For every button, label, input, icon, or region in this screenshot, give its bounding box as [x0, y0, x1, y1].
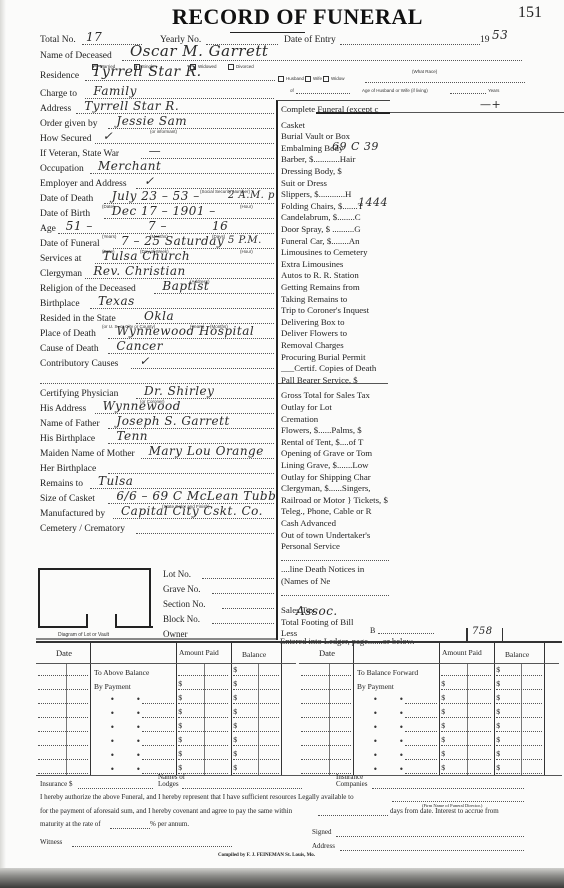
ditto-mark: •	[399, 737, 404, 746]
witness-line	[72, 846, 232, 847]
ditto-mark: •	[136, 765, 141, 774]
field-label: Order given by	[40, 118, 98, 130]
percent-text: % per annum.	[150, 820, 189, 828]
dollar-sign: $	[178, 708, 182, 716]
ledger-balance-line[interactable]	[496, 717, 542, 718]
ledger-balance-line[interactable]	[233, 759, 279, 760]
payment-ledger: DateAmount PaidBalanceTo Above Balance$B…	[36, 641, 562, 776]
field-value[interactable]: Tyrrell Star R.	[84, 99, 179, 113]
field-value[interactable]: Dr. Shirley	[144, 384, 214, 398]
field-value[interactable]: Merchant	[98, 159, 161, 173]
charge-item: Taking Remains to	[281, 294, 347, 305]
field-label: Charge to	[40, 88, 77, 100]
dollar-sign: $	[496, 680, 500, 688]
race-line	[365, 82, 525, 83]
lot-field-line	[212, 593, 274, 594]
field-label: Services at	[40, 253, 81, 265]
charge-item: Opening of Grave or Tom	[281, 448, 372, 459]
ditto-mark: •	[110, 709, 115, 718]
field-value[interactable]: Tulsa	[98, 474, 133, 488]
charges-panel: Complete Funeral (except cCasketBurial V…	[276, 100, 390, 640]
lot-field-label: Lot No.	[163, 568, 191, 580]
total-no-value: 17	[86, 30, 102, 44]
ledger-bottom-rule	[36, 775, 562, 776]
charge-item: ....line Death Notices in	[281, 564, 364, 575]
ledger-desc-line[interactable]	[142, 731, 174, 732]
lot-diagram-box	[38, 568, 151, 628]
ledger-date-line[interactable]	[301, 759, 351, 760]
ditto-mark: •	[399, 709, 404, 718]
ledger-date-line[interactable]	[38, 689, 88, 690]
insurance-line	[78, 788, 153, 789]
field-label: His Birthplace	[40, 433, 95, 445]
ledger-amount-line[interactable]	[441, 745, 491, 746]
insurance-companies-label: Insurance Companies	[336, 774, 386, 788]
dollar-sign: $	[233, 736, 237, 744]
dollar-sign: $	[496, 666, 500, 674]
dollar-sign: $	[178, 694, 182, 702]
ledger-balance-line[interactable]	[233, 745, 279, 746]
ledger-amount-line[interactable]	[441, 773, 491, 774]
lot-field-line	[222, 608, 274, 609]
ditto-mark: •	[373, 737, 378, 746]
dollar-sign: $	[233, 722, 237, 730]
name-label: Name of Deceased	[40, 50, 112, 62]
document-title: RECORD OF FUNERAL	[172, 4, 423, 30]
dollar-sign: $	[178, 736, 182, 744]
ledger-date-line[interactable]	[38, 759, 88, 760]
field-label: How Secured	[40, 133, 91, 145]
field-value[interactable]: 7 – 25 Saturday	[121, 234, 224, 248]
charge-item: Slippers, $............H	[281, 189, 351, 200]
dollar-sign: $	[441, 764, 445, 772]
charge-item: Gross Total for Sales Tax	[281, 390, 370, 401]
lodges-line	[182, 788, 302, 789]
field-value[interactable]: Baptist	[162, 279, 209, 293]
charge-item	[281, 553, 389, 561]
lodges-label: Names of Lodges	[158, 774, 198, 788]
charge-item: Railroad or Motor } Tickets, $	[281, 495, 388, 506]
dollar-sign: $	[178, 750, 182, 758]
field-label: Remains to	[40, 478, 83, 490]
ditto-mark: •	[136, 709, 141, 718]
firm-line	[392, 801, 524, 802]
charge-item: Out of town Undertaker's	[281, 530, 370, 541]
charge-item: Delivering Box to	[281, 317, 345, 328]
ledger-date-line[interactable]	[301, 703, 351, 704]
charge-item: Personal Service	[281, 541, 340, 552]
ledger-date-line[interactable]	[38, 773, 88, 774]
field-label: Size of Casket	[40, 493, 95, 505]
charge-item: Door Spray, $ ..........G	[281, 224, 361, 235]
lot-field-line	[212, 623, 274, 624]
ditto-mark: •	[373, 765, 378, 774]
maturity-text: maturity at the rate of	[40, 820, 101, 828]
dollar-sign: $	[441, 680, 445, 688]
ledger-amount-line[interactable]	[441, 731, 491, 732]
field-value[interactable]: Joseph S. Garrett	[116, 414, 229, 428]
ledger-amount-line[interactable]	[441, 689, 491, 690]
field-line	[131, 368, 274, 369]
year-value: 53	[492, 28, 508, 42]
charge-item: Outlay for Shipping Char	[281, 472, 371, 483]
field-value[interactable]: Cancer	[116, 339, 163, 353]
charge-item: Deliver Flowers to	[281, 328, 347, 339]
ledger-amount-line[interactable]	[441, 703, 491, 704]
ditto-mark: •	[373, 709, 378, 718]
ledger-balance-header: Balance	[242, 649, 266, 661]
ledger-amount-header: Amount Paid	[442, 647, 482, 659]
spouse-of-label: of	[290, 88, 294, 93]
lot-bottom-rule	[36, 638, 276, 640]
ledger-balance-line[interactable]	[496, 731, 542, 732]
dollar-sign: $	[441, 694, 445, 702]
charge-item: ___Certif. Copies of Death	[281, 363, 376, 374]
field-value[interactable]: Texas	[98, 294, 135, 308]
years-label: Years	[488, 88, 499, 93]
field-line	[108, 353, 274, 354]
scan-edge	[0, 0, 6, 888]
field-value[interactable]: 6/6 – 69 C McLean Tubbs	[116, 489, 283, 503]
ditto-mark: •	[399, 695, 404, 704]
field-value[interactable]: Family	[93, 84, 137, 98]
dollar-sign: $	[441, 736, 445, 744]
ditto-mark: •	[110, 765, 115, 774]
ledger-date-line[interactable]	[301, 675, 351, 676]
field-value[interactable]: Tenn	[116, 429, 148, 443]
charge-item: Candelabrum, $........C	[281, 212, 361, 223]
field-line	[154, 293, 274, 294]
ledger-balance-header: Balance	[505, 649, 529, 661]
ledger-amount-line[interactable]	[178, 717, 228, 718]
ledger-date-line[interactable]	[38, 717, 88, 718]
spouse-age-label: Age of Husband or Wife (if living)	[362, 88, 428, 93]
ledger-row-label: By Payment	[94, 681, 131, 693]
ditto-mark: •	[399, 723, 404, 732]
field-label: Contributory Causes	[40, 358, 118, 370]
dollar-sign: $	[178, 764, 182, 772]
charge-item: Flowers, $......Palms, $	[281, 425, 362, 436]
dollar-sign: $	[496, 722, 500, 730]
days-text: days from date. Interest to accrue from	[390, 807, 499, 815]
field-label: Maiden Name of Mother	[40, 448, 135, 460]
spouse-wife[interactable]: Wife	[305, 76, 322, 82]
lot-field-label: Section No.	[163, 598, 206, 610]
charge-item: Funeral Car, $........An	[281, 236, 360, 247]
field-value[interactable]: Capital City Cskt. Co.	[121, 504, 263, 518]
marital-divorced[interactable]: Divorced	[228, 64, 254, 70]
field-value[interactable]: Mary Lou Orange	[149, 444, 264, 458]
charge-item: Suit or Dress	[281, 178, 327, 189]
top-right-rule	[390, 112, 564, 113]
ledger-row-label: By Payment	[357, 681, 394, 693]
dollar-sign: $	[233, 750, 237, 758]
ledger-balance-line[interactable]	[233, 689, 279, 690]
dollar-sign: $	[441, 708, 445, 716]
field-label: His Address	[40, 403, 86, 415]
field-line	[108, 128, 274, 129]
ledger-desc-line[interactable]	[405, 773, 437, 774]
diagram-post-right	[115, 614, 117, 628]
ledger-desc-line[interactable]	[142, 745, 174, 746]
funeral-record-page: RECORD OF FUNERAL 151 Total No. 17 Yearl…	[0, 0, 564, 888]
field-value[interactable]: ✓	[144, 174, 155, 188]
ledger-row-label: To Above Balance	[94, 667, 149, 679]
address-line	[340, 850, 524, 851]
ledger-balance-line[interactable]	[496, 675, 542, 676]
casket-value: 69 C 39	[332, 140, 379, 153]
charge-item: Outlay for Lot	[281, 402, 332, 413]
field-line	[136, 533, 274, 534]
ledger-date-line[interactable]	[301, 717, 351, 718]
field-value[interactable]: Dec 17 – 1901 –	[112, 204, 216, 218]
ditto-mark: •	[136, 751, 141, 760]
charge-item: Folding Chairs, $.......T	[281, 201, 363, 212]
ledger-desc-line[interactable]	[405, 717, 437, 718]
dollar-sign: $	[496, 694, 500, 702]
charge-item: Procuring Burial Permit	[281, 352, 366, 363]
charge-item: Trip to Coroner's Inquest	[281, 305, 369, 316]
field-value[interactable]: Tulsa Church	[103, 249, 191, 263]
ledger-desc-line[interactable]	[142, 717, 174, 718]
ditto-mark: •	[373, 751, 378, 760]
payment-text: for the payment of aforesaid sum, and I …	[40, 807, 292, 815]
ledger-balance-line[interactable]	[496, 689, 542, 690]
field-line	[104, 218, 274, 219]
dollar-sign: $	[496, 736, 500, 744]
ledger-balance-line[interactable]	[496, 745, 542, 746]
ledger-balance-line[interactable]	[496, 703, 542, 704]
ditto-mark: •	[373, 723, 378, 732]
ditto-mark: •	[110, 723, 115, 732]
field-label: Clergyman	[40, 268, 82, 280]
charges-rule	[316, 112, 390, 114]
ledger-amount-line[interactable]	[178, 759, 228, 760]
ledger-date-line[interactable]	[301, 689, 351, 690]
field-label: Address	[40, 103, 71, 115]
ditto-mark: •	[110, 737, 115, 746]
field-value[interactable]: Wynnewood Hospital	[116, 324, 254, 338]
charge-item: Getting Remains from	[281, 282, 360, 293]
ledger-desc-line[interactable]	[142, 759, 174, 760]
name-value: Oscar M. Garrett	[130, 42, 268, 60]
dollar-sign: $	[441, 722, 445, 730]
field-label: Occupation	[40, 163, 84, 175]
field-line	[90, 173, 274, 174]
compiled-by: Compiled by F. J. FEINEMAN St. Louis, Mo…	[218, 853, 315, 858]
field-label: Cause of Death	[40, 343, 99, 355]
field-label: Date of Death	[40, 193, 93, 205]
ditto-mark: •	[110, 751, 115, 760]
ledger-date-line[interactable]	[38, 731, 88, 732]
field-value[interactable]: Okla	[144, 309, 174, 323]
charge-item	[281, 588, 389, 596]
field-value[interactable]: July 23 – 53 –	[112, 189, 200, 203]
ledger-desc-line[interactable]	[142, 703, 174, 704]
ledger-entry-divider	[466, 628, 468, 642]
field-sublabel: (Hour)	[240, 249, 253, 254]
dollar-sign: $	[233, 694, 237, 702]
dollar-sign: $	[178, 680, 182, 688]
ledger-balance-line[interactable]	[233, 773, 279, 774]
charge-item: Clergyman, $......Singers,	[281, 483, 371, 494]
dollar-sign: $	[233, 708, 237, 716]
dollar-sign: $	[233, 764, 237, 772]
ledger-date-line[interactable]	[301, 745, 351, 746]
charge-item: Teleg., Phone, Cable or R	[281, 506, 372, 517]
dollar-sign: $	[441, 750, 445, 758]
charge-item: Casket	[281, 120, 305, 131]
address-label: Address	[312, 842, 335, 850]
name-line	[122, 60, 522, 61]
days-line	[318, 815, 388, 816]
lot-field-label: Block No.	[163, 613, 200, 625]
diagram-base-right	[115, 626, 153, 628]
field-label: Place of Death	[40, 328, 96, 340]
ledger-date-header: Date	[56, 647, 72, 659]
ledger-amount-line[interactable]	[441, 759, 491, 760]
suit-value: 1444	[358, 196, 388, 209]
ditto-mark: •	[110, 695, 115, 704]
ledger-balance-line[interactable]	[233, 717, 279, 718]
ledger-header-rule	[299, 663, 559, 664]
field-value[interactable]: ✓	[103, 129, 114, 143]
ledger-desc-line[interactable]	[405, 745, 437, 746]
ditto-mark: •	[136, 737, 141, 746]
field-sublabel: (or informant)	[150, 129, 177, 134]
field-label: Age	[40, 223, 56, 235]
field-extra-value[interactable]: 5 P.M.	[228, 235, 262, 246]
field-label: Her Birthplace	[40, 463, 96, 475]
ledger-amount-line[interactable]	[178, 703, 228, 704]
field-label: Birthplace	[40, 298, 80, 310]
field-value[interactable]: 51 –	[66, 219, 93, 233]
less-value: Assoc.	[296, 604, 338, 618]
diagram-post-left	[86, 614, 88, 628]
ledger-date-line[interactable]	[38, 703, 88, 704]
ledger-amount-line[interactable]	[178, 731, 228, 732]
charge-item: Pall Bearer Service, $	[281, 375, 358, 386]
ledger-amount-line[interactable]	[441, 675, 491, 676]
field-line	[141, 458, 274, 459]
field-line	[90, 308, 274, 309]
witness-label: Witness	[40, 838, 62, 846]
charge-item: Total Footing of Bill	[281, 617, 353, 628]
field-line	[95, 143, 274, 144]
date-of-entry-line	[340, 44, 480, 45]
charge-item: Dressing Body, $	[281, 166, 342, 177]
scan-bottom-edge	[0, 868, 564, 888]
rate-line	[110, 828, 150, 829]
field-value[interactable]: Rev. Christian	[93, 264, 185, 278]
ledger-desc-line[interactable]	[405, 703, 437, 704]
insurance-label: Insurance $	[40, 780, 72, 788]
charge-item: Cremation	[281, 414, 318, 425]
field-line	[113, 518, 274, 519]
dollar-sign: $	[233, 680, 237, 688]
age-days-value[interactable]: 16	[212, 219, 228, 233]
charge-item: Extra Limousines	[281, 259, 343, 270]
ditto-mark: •	[136, 723, 141, 732]
ledger-date-line[interactable]	[301, 731, 351, 732]
charges-separator	[278, 383, 388, 384]
field-label: Manufactured by	[40, 508, 105, 520]
lot-field-line	[202, 578, 274, 579]
charge-item: (Names of Ne	[281, 576, 330, 587]
residence-value: Tyrrell Star R.	[92, 64, 202, 80]
field-value[interactable]: Jessie Sam	[116, 114, 187, 128]
ledger-balance-line[interactable]	[233, 703, 279, 704]
ledger-entry-value: 758	[472, 626, 493, 637]
dollar-sign: $	[496, 708, 500, 716]
field-label: Cemetery / Crematory	[40, 523, 125, 535]
race-label: (What Race)	[412, 69, 437, 74]
spouse-husband[interactable]: Husband	[278, 76, 304, 82]
ledger-date-header: Date	[319, 647, 335, 659]
ledger-date-line[interactable]	[38, 675, 88, 676]
signed-label: Signed	[312, 828, 331, 836]
top-right-mark: —+	[480, 98, 501, 111]
age-months-value[interactable]: 7 –	[148, 219, 167, 233]
charge-item: Autos to R. R. Station	[281, 270, 359, 281]
ledger-balance-line[interactable]	[496, 759, 542, 760]
lot-field-label: Grave No.	[163, 583, 201, 595]
charge-item: Limousines to Cemetery	[281, 247, 368, 258]
year-prefix: 19	[480, 34, 490, 46]
spouse-age-line	[450, 93, 486, 94]
field-sublabel: (Years)	[102, 234, 116, 239]
ledger-row-label: To Balance Forward	[357, 667, 418, 679]
field-label: Name of Father	[40, 418, 100, 430]
field-value[interactable]: Wynnewood	[103, 399, 181, 413]
residence-line	[85, 80, 275, 81]
ledger-balance-line[interactable]	[233, 731, 279, 732]
insurance-companies-line	[372, 788, 524, 789]
dollar-sign: $	[496, 750, 500, 758]
ledger-date-line[interactable]	[38, 745, 88, 746]
ledger-amount-line[interactable]	[178, 675, 228, 676]
title-underline	[230, 32, 305, 33]
ditto-mark: •	[399, 751, 404, 760]
balance-line	[378, 633, 434, 634]
spouse-widow[interactable]: Widow	[323, 76, 345, 82]
charge-item: Removal Charges	[281, 340, 344, 351]
field-value[interactable]: ✓	[139, 354, 150, 368]
ledger-amount-line[interactable]	[441, 717, 491, 718]
ledger-header-rule	[36, 663, 296, 664]
ledger-balance-line[interactable]	[233, 675, 279, 676]
residence-label: Residence	[40, 70, 79, 82]
field-value[interactable]: —	[149, 144, 162, 158]
charge-item: Rental of Tent, $....of T	[281, 437, 363, 448]
ledger-amount-line[interactable]	[178, 689, 228, 690]
ledger-amount-line[interactable]	[178, 745, 228, 746]
authorize-text: I hereby authorize the above Funeral, an…	[40, 793, 354, 801]
ledger-desc-line[interactable]	[405, 759, 437, 760]
charge-item: Lining Grave, $.......Low	[281, 460, 368, 471]
diagram-base-left	[38, 626, 88, 628]
dollar-sign: $	[496, 764, 500, 772]
ledger-balance-line[interactable]	[496, 773, 542, 774]
charge-item: Barber, $............Hair	[281, 154, 355, 165]
ditto-mark: •	[136, 695, 141, 704]
ditto-mark: •	[399, 765, 404, 774]
dollar-sign: $	[178, 722, 182, 730]
ledger-entry-divider-2	[502, 628, 503, 642]
field-label: Date of Funeral	[40, 238, 100, 250]
ledger-desc-line[interactable]	[405, 731, 437, 732]
field-sublabel: (Hour)	[240, 204, 253, 209]
